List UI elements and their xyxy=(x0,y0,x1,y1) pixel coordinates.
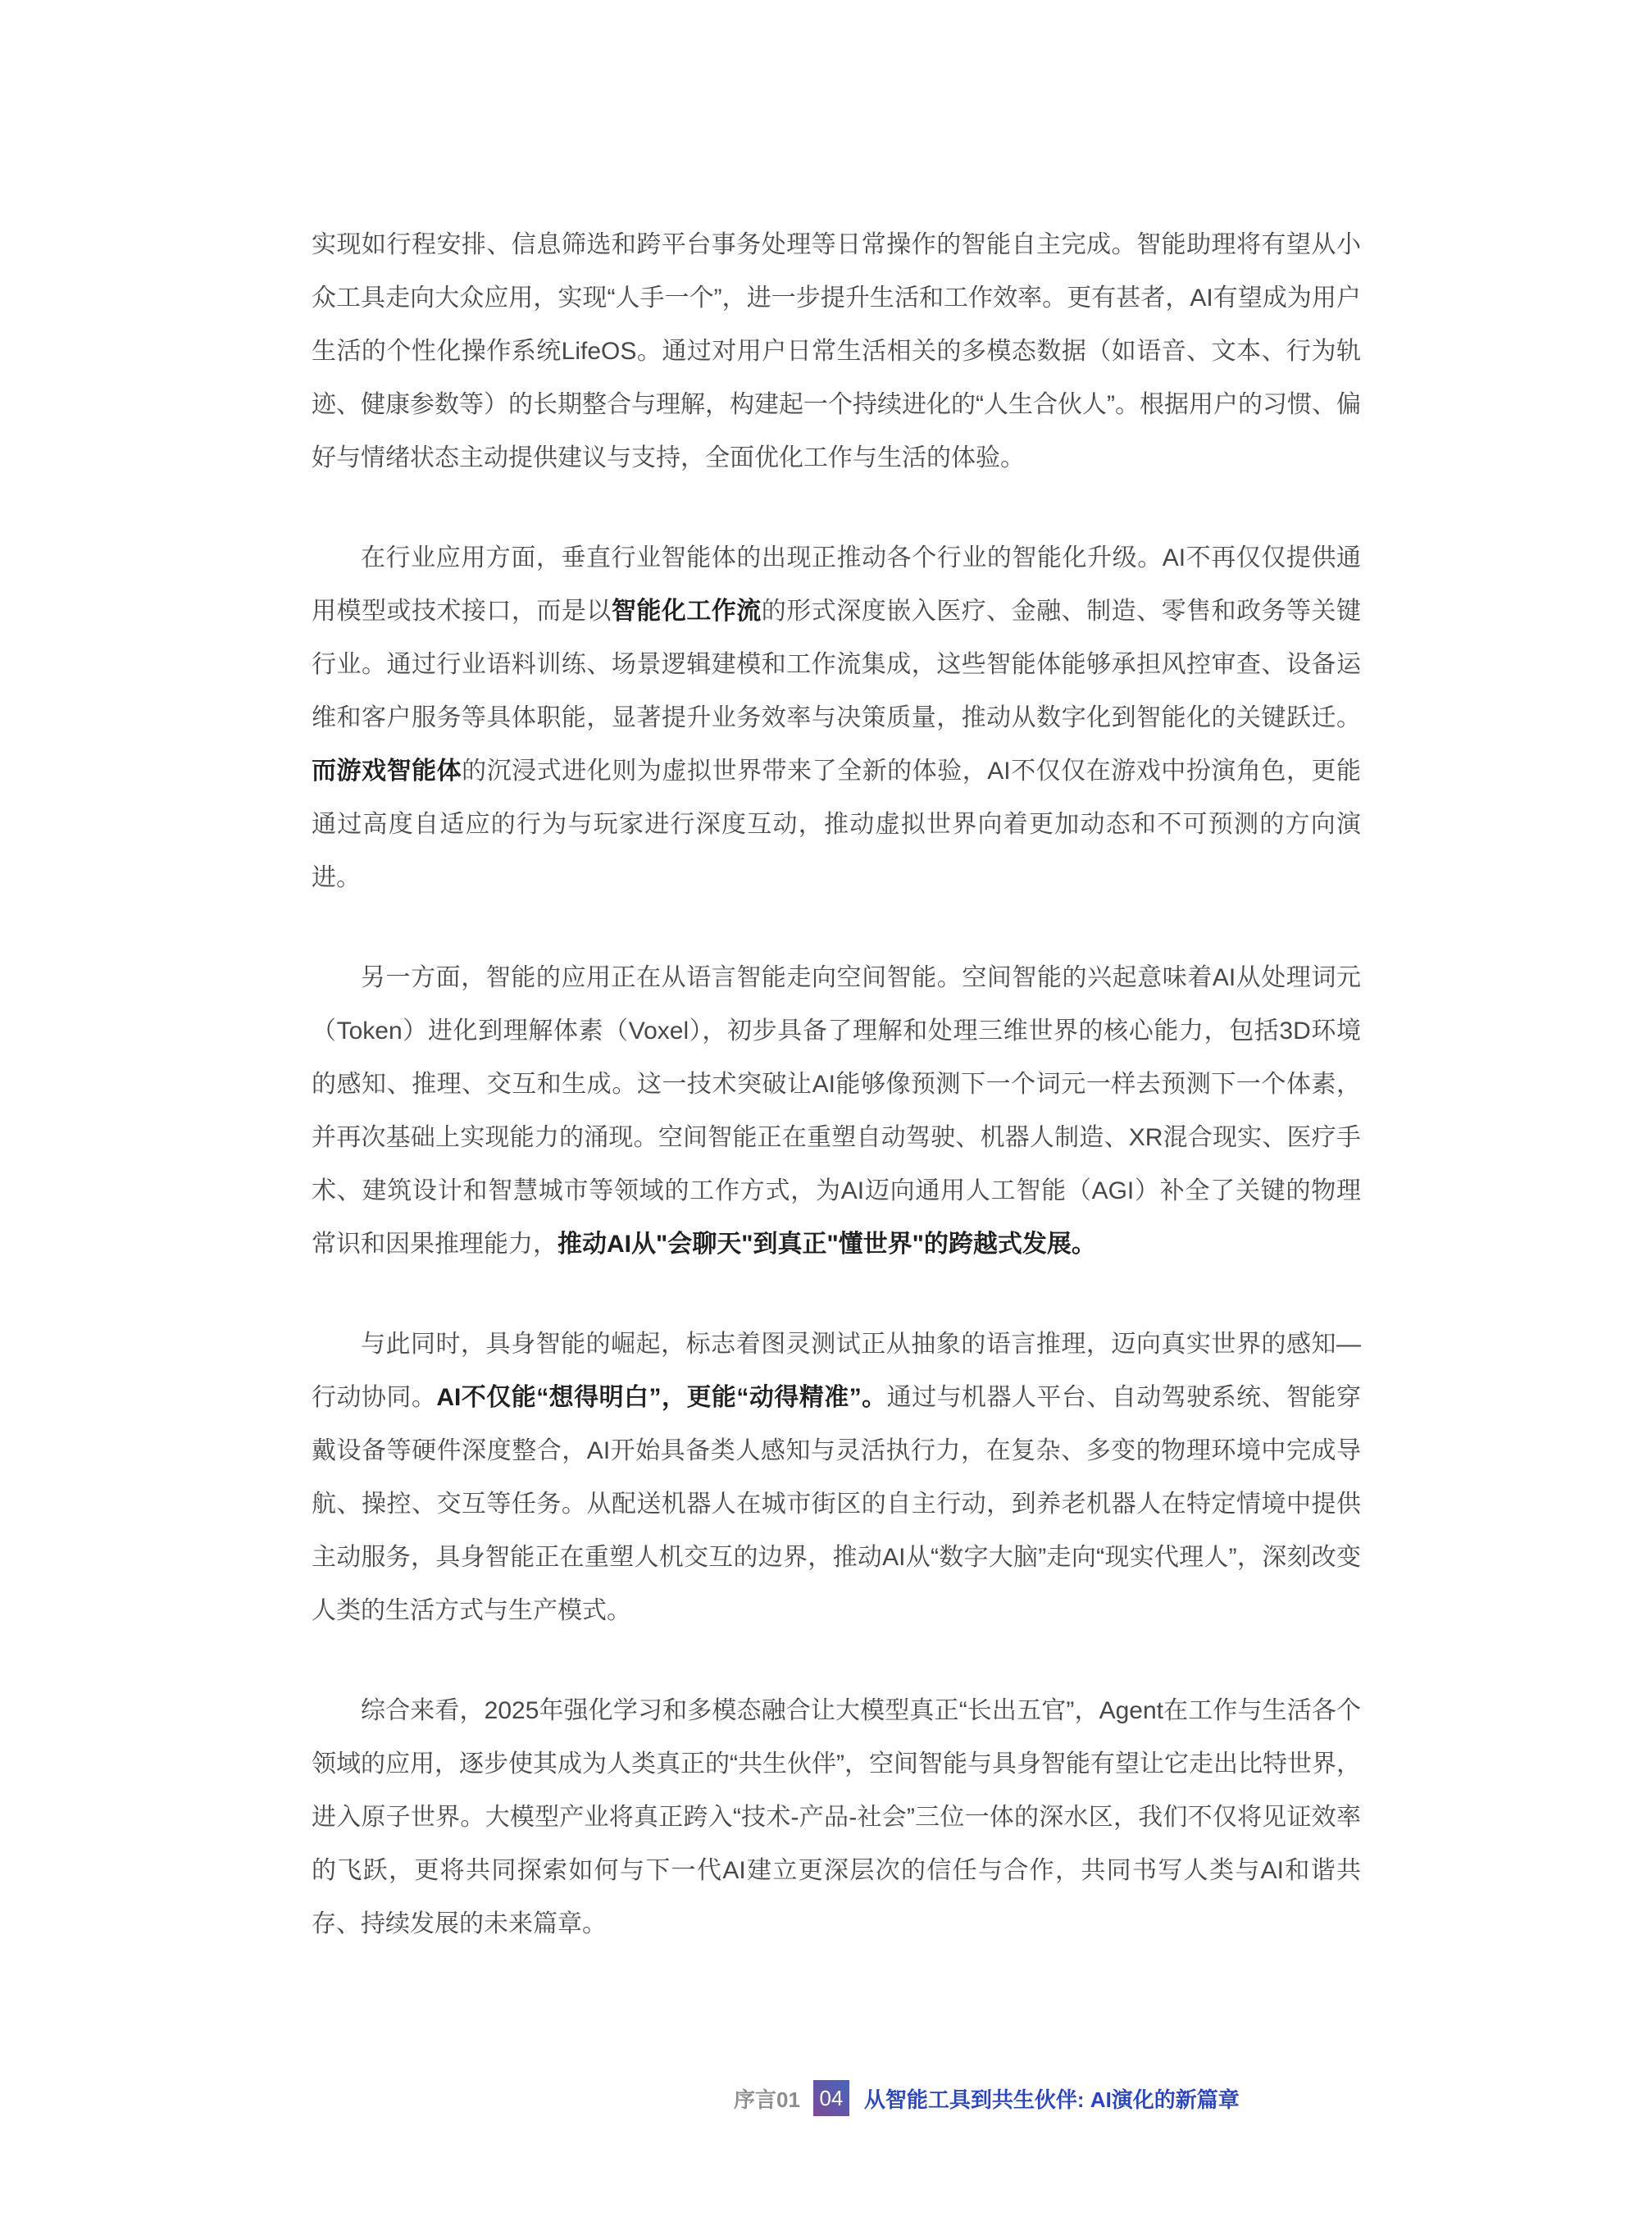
page-number-badge: 04 xyxy=(813,2080,849,2116)
bold-text: 推动AI从"会聊天"到真正"懂世界"的跨越式发展。 xyxy=(557,1231,1096,1258)
paragraph: 在行业应用方面，垂直行业智能体的出现正推动各个行业的智能化升级。AI不再仅仅提供… xyxy=(312,531,1361,904)
page-footer: 序言01 04 从智能工具到共生伙伴: AI演化的新篇章 xyxy=(734,2080,1240,2116)
body-text: 综合来看，2025年强化学习和多模态融合让大模型真正“长出五官”，Agent在工… xyxy=(312,1697,1361,1937)
chapter-title: 从智能工具到共生伙伴: AI演化的新篇章 xyxy=(864,2083,1240,2114)
paragraph: 综合来看，2025年强化学习和多模态融合让大模型真正“长出五官”，Agent在工… xyxy=(312,1684,1361,1951)
paragraph: 与此同时，具身智能的崛起，标志着图灵测试正从抽象的语言推理，迈向真实世界的感知—… xyxy=(312,1318,1361,1637)
body-text: 实现如行程安排、信息筛选和跨平台事务处理等日常操作的智能自主完成。智能助理将有望… xyxy=(312,231,1361,471)
document-page: 实现如行程安排、信息筛选和跨平台事务处理等日常操作的智能自主完成。智能助理将有望… xyxy=(0,0,1652,2226)
body-text: 通过与机器人平台、自动驾驶系统、智能穿戴设备等硬件深度整合，AI开始具备类人感知… xyxy=(312,1384,1361,1624)
body-text: 另一方面，智能的应用正在从语言智能走向空间智能。空间智能的兴起意味着AI从处理词… xyxy=(312,964,1361,1258)
bold-text: AI不仅能“想得明白”，更能“动得精准”。 xyxy=(436,1384,886,1411)
paragraph: 另一方面，智能的应用正在从语言智能走向空间智能。空间智能的兴起意味着AI从处理词… xyxy=(312,951,1361,1271)
document-body: 实现如行程安排、信息筛选和跨平台事务处理等日常操作的智能自主完成。智能助理将有望… xyxy=(312,218,1361,1997)
bold-text: 而游戏智能体 xyxy=(312,758,462,785)
body-text: 的沉浸式进化则为虚拟世界带来了全新的体验，AI不仅仅在游戏中扮演角色，更能通过高… xyxy=(312,758,1361,891)
paragraph: 实现如行程安排、信息筛选和跨平台事务处理等日常操作的智能自主完成。智能助理将有望… xyxy=(312,218,1361,485)
section-label: 序言01 xyxy=(734,2083,800,2114)
bold-text: 智能化工作流 xyxy=(612,598,762,625)
